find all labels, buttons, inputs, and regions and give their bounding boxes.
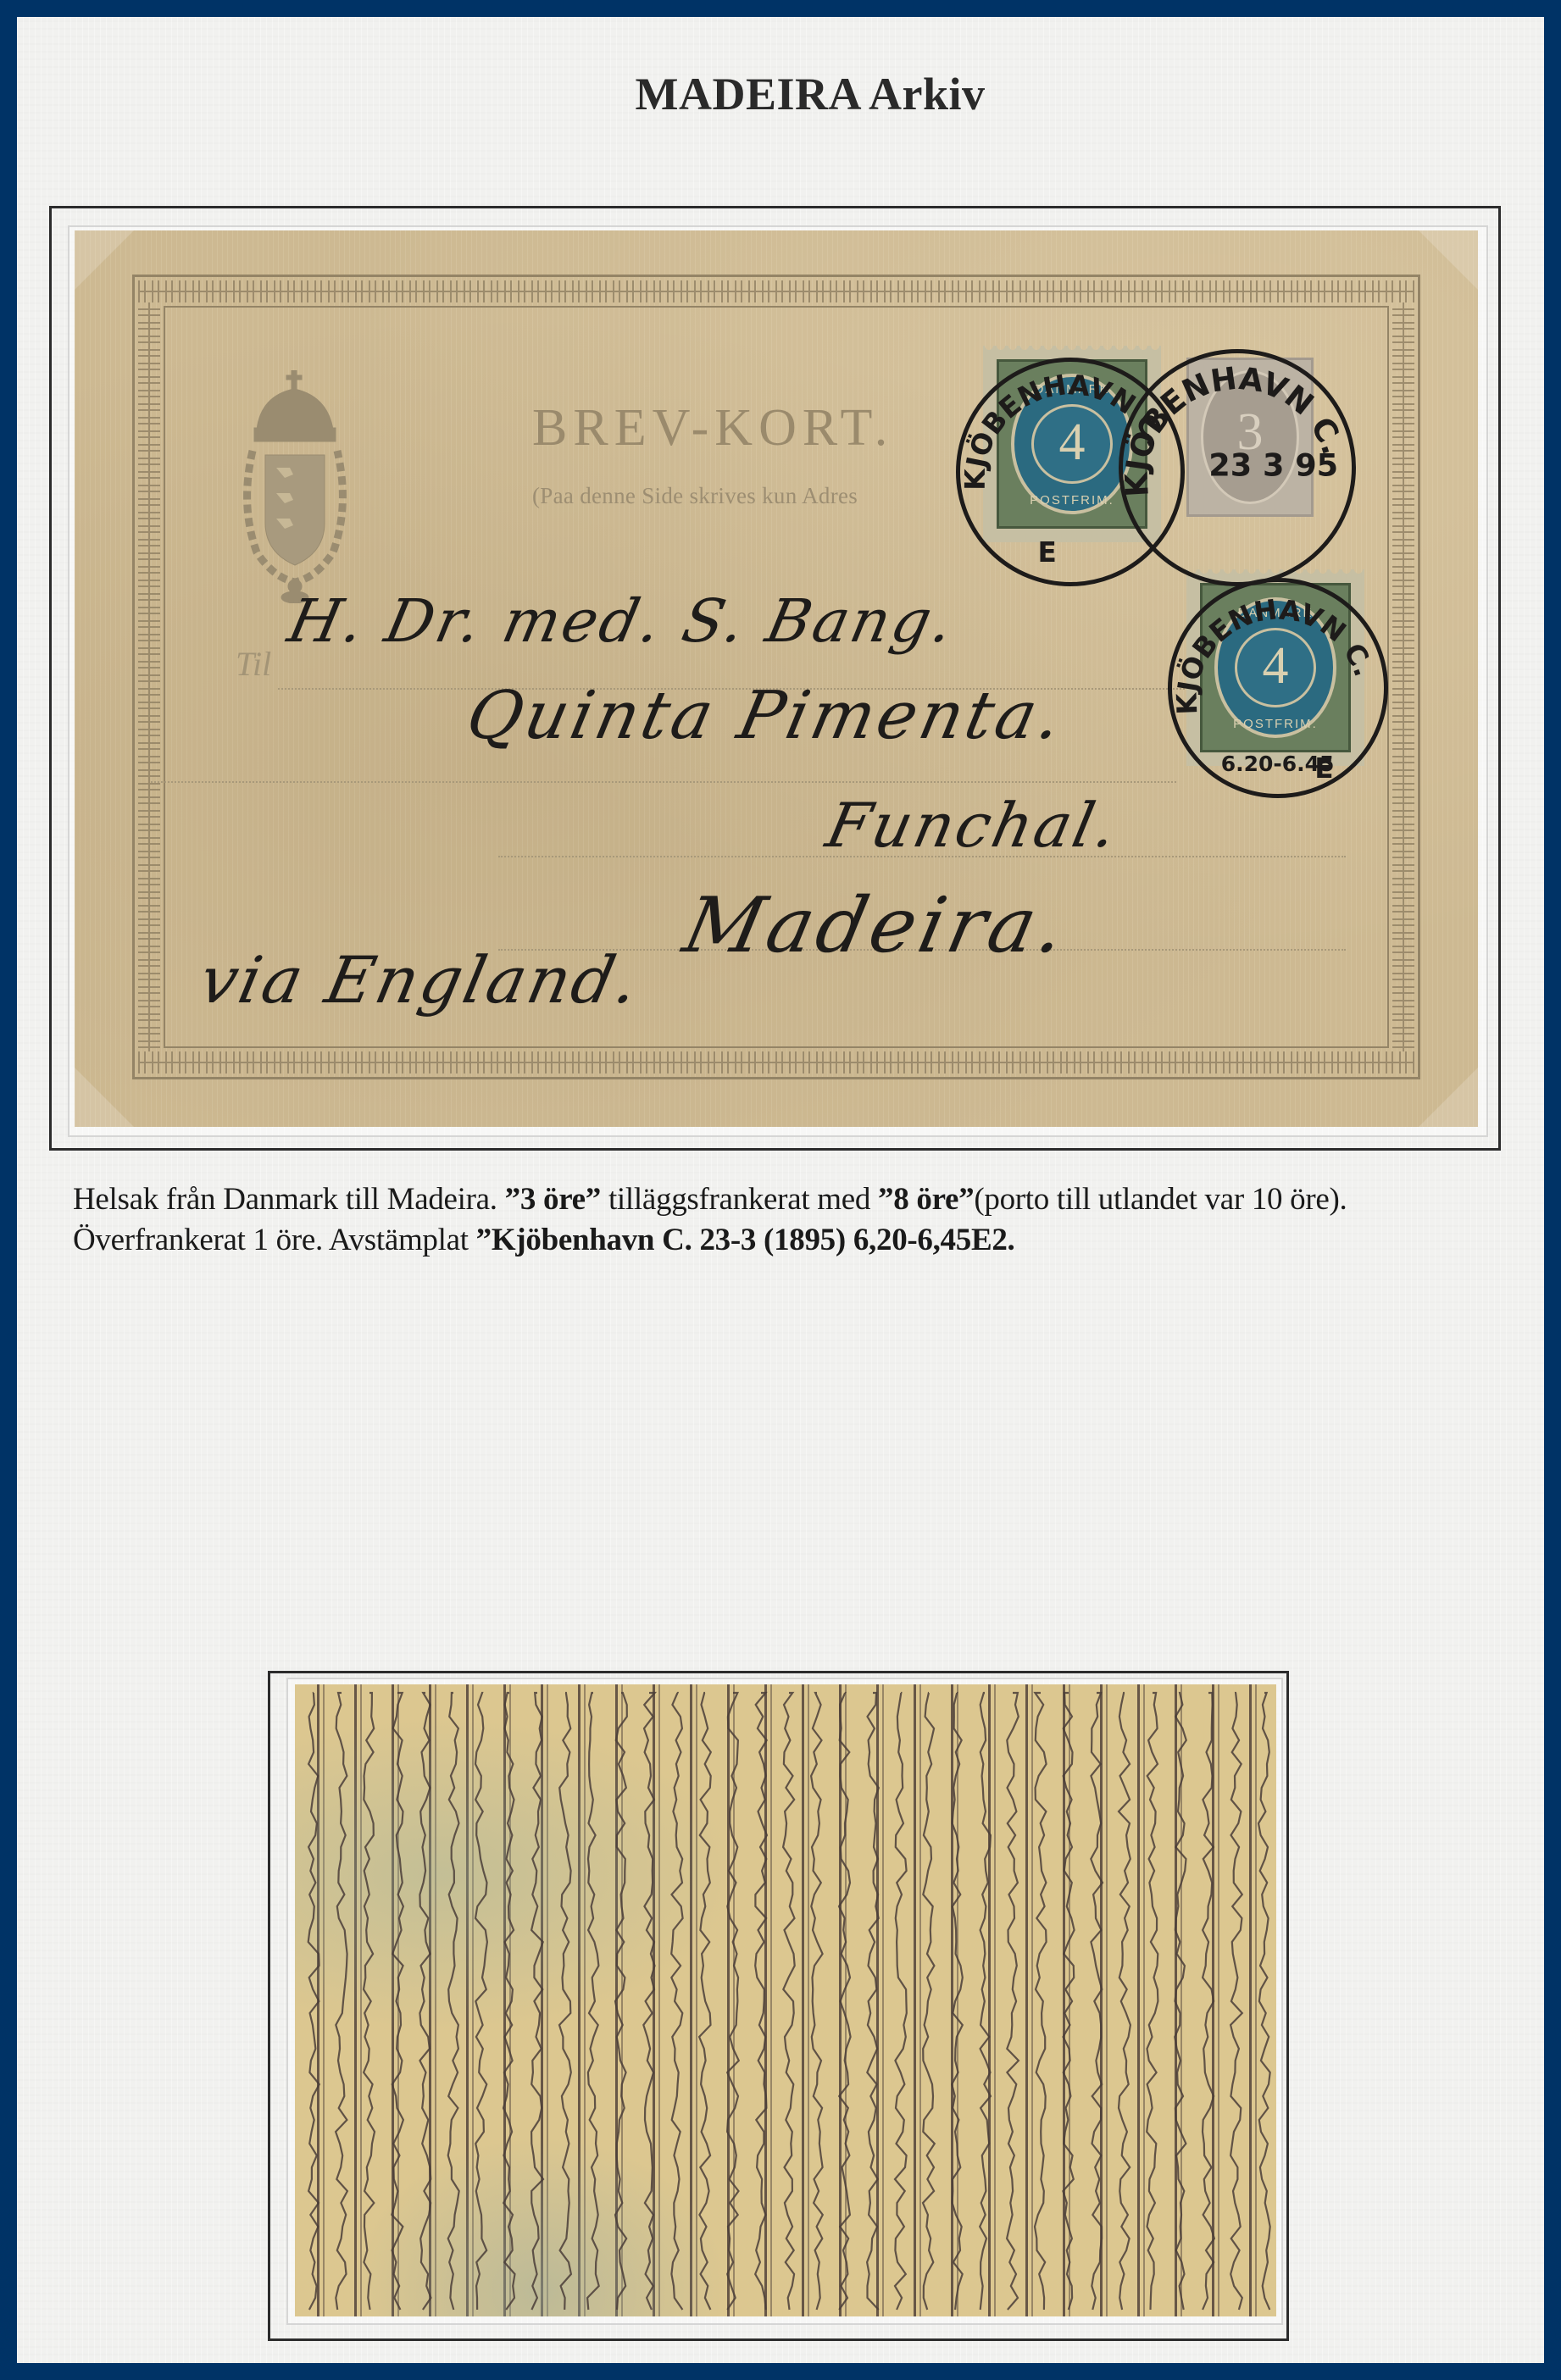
postmark-cancel: KJÖBENHAVN C. 23 3 95 (1119, 349, 1356, 586)
coat-of-arms-crown-icon (236, 370, 354, 603)
handwriting-recipient: H. Dr. med. S. Bang. (282, 586, 962, 656)
svg-text:KJÖBENHAVN C.: KJÖBENHAVN C. (1170, 593, 1380, 715)
greek-key-pattern (138, 280, 1414, 302)
photo-corner (1419, 1068, 1478, 1127)
greek-key-pattern (138, 1051, 1414, 1073)
svg-text:23 3 95: 23 3 95 (1208, 447, 1338, 484)
postcard-front: BREV-KORT. (Paa denne Side skrives kun A… (75, 230, 1478, 1127)
photo-corner (1419, 230, 1478, 290)
photo-corner (75, 230, 134, 290)
item-description: Helsak från Danmark till Madeira. ”3 öre… (73, 1179, 1497, 1261)
handwriting-street: Quinta Pimenta. (460, 678, 1072, 754)
address-line (151, 781, 1176, 783)
greek-key-pattern (1392, 302, 1414, 1051)
postcard-back-message (295, 1684, 1276, 2316)
page-title: MADEIRA Arkiv (17, 68, 1544, 120)
card-instruction: (Paa denne Side skrives kun Adres (532, 483, 858, 509)
address-label: Til (236, 644, 271, 684)
greek-key-pattern (138, 302, 160, 1051)
handwriting-city: Funchal. (820, 790, 1125, 861)
postmark-cancel: KJÖBENHAVN C. 6.20-6.45 E (1168, 578, 1388, 798)
card-heading: BREV-KORT. (532, 398, 893, 458)
album-page: MADEIRA Arkiv (17, 17, 1544, 2363)
handwriting-routing: via England. (193, 942, 647, 1018)
handwriting-country: Madeira. (676, 881, 1077, 970)
svg-text:E: E (1037, 536, 1056, 569)
handwritten-message (295, 1684, 1276, 2316)
svg-text:E: E (1314, 752, 1333, 785)
photo-corner (75, 1068, 134, 1127)
